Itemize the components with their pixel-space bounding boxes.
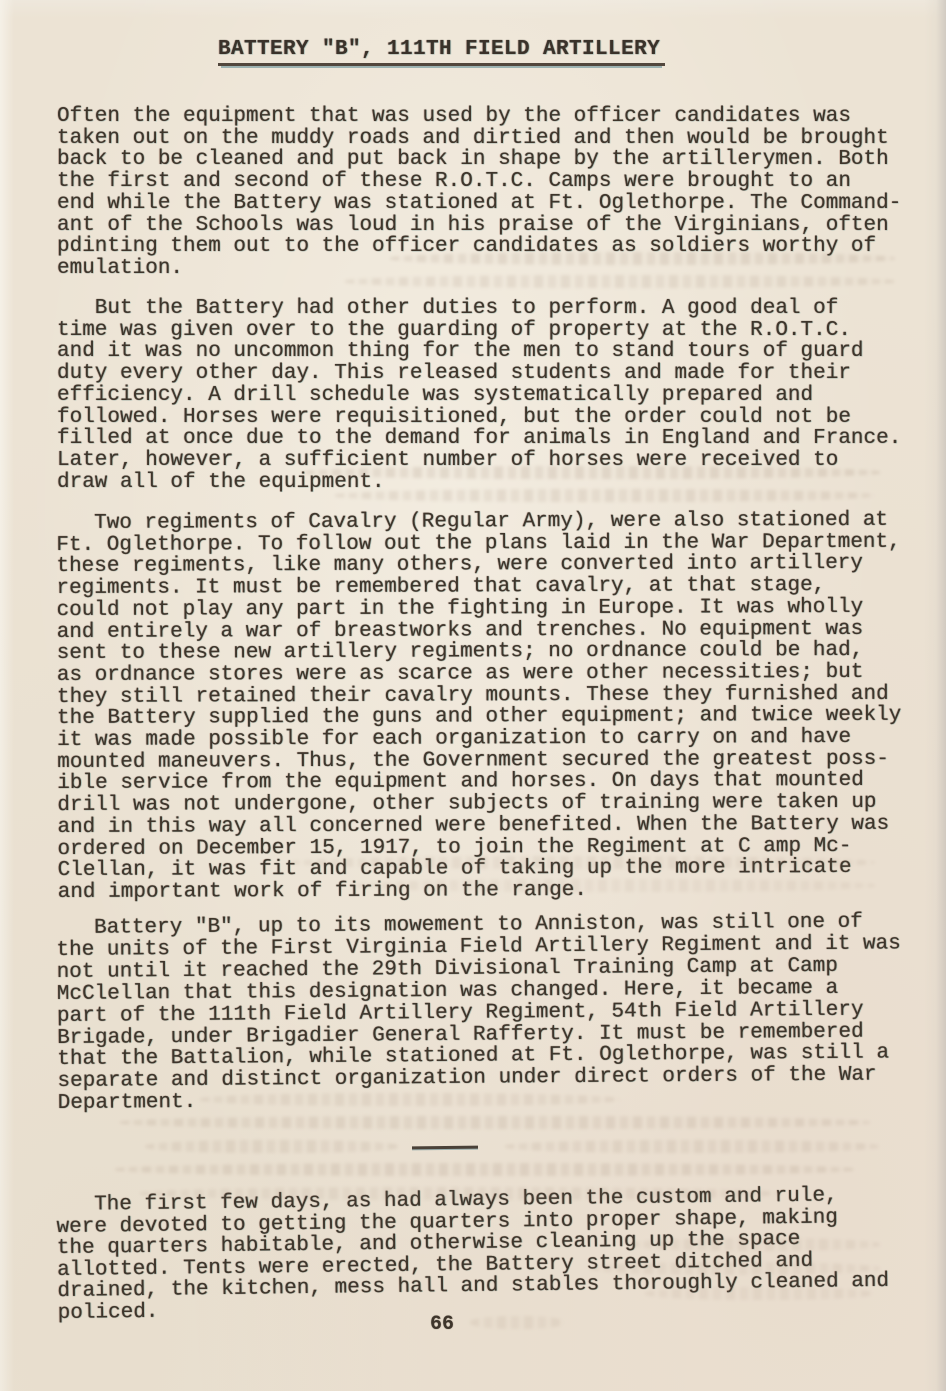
bleedthrough-text (115, 1163, 855, 1176)
bleedthrough-text (305, 466, 880, 479)
page-number: 66 (430, 1313, 454, 1336)
page-title: BATTERY "B", 111TH FIELD ARTILLERY (218, 38, 665, 66)
bleedthrough-text (145, 1140, 400, 1153)
bleedthrough-text (390, 252, 895, 265)
bleedthrough-text (140, 1187, 780, 1200)
document-page: BATTERY "B", 111TH FIELD ARTILLERY Often… (0, 0, 946, 1391)
bleedthrough-text (200, 1093, 620, 1106)
bleedthrough-text (355, 879, 875, 892)
paragraph-5: The first few days, as had always been t… (56, 1185, 889, 1324)
bleedthrough-text (290, 856, 875, 869)
paragraph-2: But the Battery had other duties to perf… (57, 298, 901, 493)
bleedthrough-text (645, 1287, 875, 1300)
bleedthrough-text (505, 1140, 880, 1153)
paragraph-4: Battery "B", up to its mowement to Annis… (56, 911, 902, 1115)
section-divider (412, 1146, 478, 1150)
paragraph-3: Two regiments of Cavalry (Regular Army),… (56, 510, 902, 904)
bleedthrough-text (120, 1116, 870, 1129)
bleedthrough-text (470, 1316, 565, 1329)
bleedthrough-text (590, 1262, 880, 1275)
bleedthrough-text (345, 275, 895, 288)
bleedthrough-text (335, 489, 875, 502)
bleedthrough-text (630, 1238, 880, 1251)
